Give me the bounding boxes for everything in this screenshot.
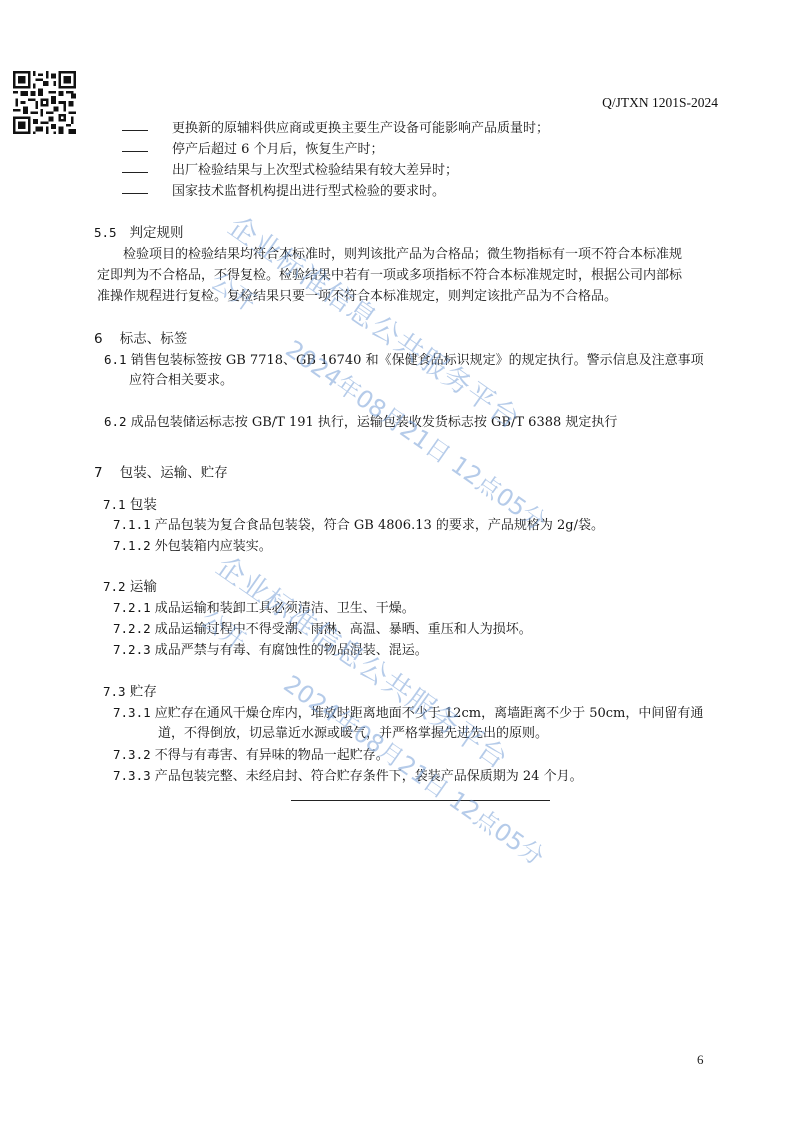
clause-number: 7.2.3 [113, 642, 151, 657]
section-number: 7 [94, 465, 103, 481]
clause-7-3-2: 7.3.2 不得与有毒害、有异味的物品一起贮存。 [113, 746, 389, 765]
clause-text: 成品运输过程中不得受潮、雨淋、高温、暴晒、重压和人为损坏。 [155, 622, 532, 637]
clause-7-2-3: 7.2.3 成品严禁与有毒、有腐蚀性的物品混装、混运。 [113, 641, 428, 660]
clause-text: 产品包装为复合食品包装袋，符合 GB 4806.13 的要求，产品规格为 2g/… [155, 518, 604, 533]
list-item: 国家技术监督机构提出进行型式检验的要求时。 [172, 183, 445, 201]
paragraph-line: 检验项目的检验结果均符合本标准时，则判该批产品为合格品；微生物指标有一项不符合本… [123, 246, 682, 264]
clause-continuation: 应符合相关要求。 [129, 372, 233, 390]
document-page: Q/JTXN 1201S-2024 更换新的原辅料供应商或更换主要生产设备可能影… [0, 0, 794, 1123]
list-item: 出厂检验结果与上次型式检验结果有较大差异时； [172, 162, 458, 180]
section-title: 包装、运输、贮存 [120, 465, 228, 481]
end-rule-divider [291, 800, 550, 801]
qr-code-icon [13, 71, 76, 134]
document-number: Q/JTXN 1201S-2024 [602, 95, 718, 111]
section-title: 标志、标签 [120, 331, 188, 347]
subsection-heading-7-1: 7.1 包装 [103, 496, 157, 514]
clause-text: 外包装箱内应装实。 [155, 539, 272, 554]
clause-7-1-1: 7.1.1 产品包装为复合食品包装袋，符合 GB 4806.13 的要求，产品规… [113, 516, 604, 535]
clause-continuation: 道，不得倒放，切忌靠近水源或暖气，并严格掌握先进先出的原则。 [158, 725, 548, 743]
clause-number: 6.2 [104, 414, 127, 429]
clause-number: 7.1.2 [113, 538, 151, 553]
clause-text: 销售包装标签按 GB 7718、GB 16740 和《保健食品标识规定》的规定执… [131, 353, 704, 368]
list-dash [122, 151, 148, 152]
clause-number: 7.3.2 [113, 747, 151, 762]
subsection-title: 包装 [130, 497, 157, 513]
clause-7-2-2: 7.2.2 成品运输过程中不得受潮、雨淋、高温、暴晒、重压和人为损坏。 [113, 620, 532, 639]
clause-6-2: 6.2 成品包装储运标志按 GB/T 191 执行，运输包装收发货标志按 GB/… [104, 413, 617, 432]
clause-number: 7.1.1 [113, 517, 151, 532]
subsection-number: 7.3 [103, 684, 126, 699]
section-title: 判定规则 [129, 225, 183, 241]
list-dash [122, 172, 148, 173]
clause-text: 成品严禁与有毒、有腐蚀性的物品混装、混运。 [155, 643, 428, 658]
clause-number: 7.2.1 [113, 600, 151, 615]
list-dash [122, 193, 148, 194]
subsection-heading-7-2: 7.2 运输 [103, 578, 157, 596]
clause-text: 应贮存在通风干燥仓库内，堆放时距离地面不少于 12cm，离墙距离不少于 50cm… [155, 706, 704, 721]
list-dash [122, 130, 148, 131]
clause-text: 产品包装完整、未经启封、符合贮存条件下，袋装产品保质期为 24 个月。 [155, 769, 583, 784]
clause-text: 成品运输和装卸工具必须清洁、卫生、干燥。 [155, 601, 415, 616]
subsection-title: 运输 [130, 579, 157, 595]
clause-6-1: 6.1 销售包装标签按 GB 7718、GB 16740 和《保健食品标识规定》… [104, 351, 704, 370]
clause-number: 6.1 [104, 352, 127, 367]
clause-7-1-2: 7.1.2 外包装箱内应装实。 [113, 537, 272, 556]
subsection-number: 7.2 [103, 579, 126, 594]
clause-number: 7.2.2 [113, 621, 151, 636]
section-heading-5-5: 5.5 判定规则 [94, 224, 183, 242]
subsection-number: 7.1 [103, 497, 126, 512]
clause-7-2-1: 7.2.1 成品运输和装卸工具必须清洁、卫生、干燥。 [113, 599, 415, 618]
clause-7-3-3: 7.3.3 产品包装完整、未经启封、符合贮存条件下，袋装产品保质期为 24 个月… [113, 767, 583, 786]
clause-7-3-1: 7.3.1 应贮存在通风干燥仓库内，堆放时距离地面不少于 12cm，离墙距离不少… [113, 704, 703, 723]
section-heading-7: 7 包装、运输、贮存 [94, 464, 228, 482]
paragraph-line: 定即判为不合格品，不得复检。检验结果中若有一项或多项指标不符合本标准规定时，根据… [97, 267, 682, 285]
paragraph-line: 准操作规程进行复检。复检结果只要一项不符合本标准规定，则判定该批产品为不合格品。 [97, 288, 617, 306]
subsection-heading-7-3: 7.3 贮存 [103, 683, 157, 701]
list-item: 停产后超过 6 个月后，恢复生产时； [172, 141, 384, 159]
watermark-text: 企业标准信息公共服务平台 [221, 205, 529, 437]
subsection-title: 贮存 [130, 684, 157, 700]
page-number: 6 [697, 1052, 704, 1068]
clause-number: 7.3.3 [113, 768, 151, 783]
section-heading-6: 6 标志、标签 [94, 330, 187, 348]
section-number: 6 [94, 331, 103, 347]
clause-text: 成品包装储运标志按 GB/T 191 执行，运输包装收发货标志按 GB/T 63… [131, 415, 618, 430]
clause-number: 7.3.1 [113, 705, 151, 720]
list-item: 更换新的原辅料供应商或更换主要生产设备可能影响产品质量时； [172, 120, 549, 138]
section-number: 5.5 [94, 225, 117, 240]
clause-text: 不得与有毒害、有异味的物品一起贮存。 [155, 748, 389, 763]
